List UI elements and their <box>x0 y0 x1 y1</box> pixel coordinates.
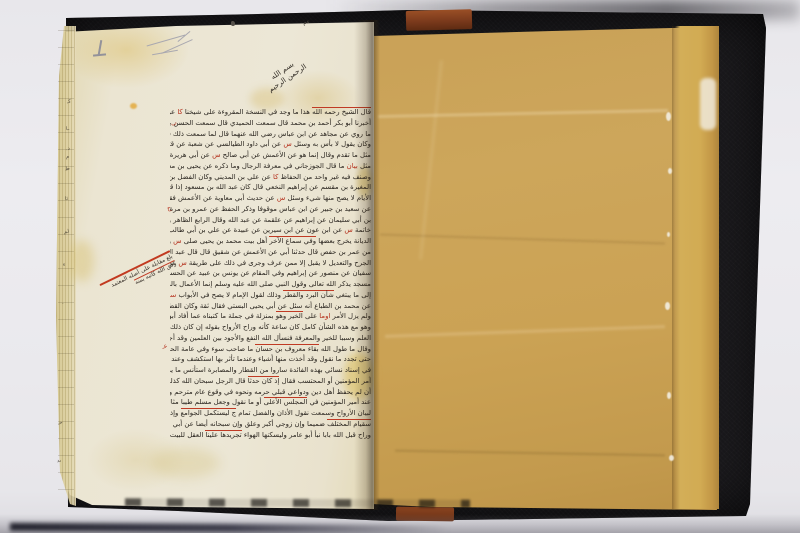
fore-edge-mark: ط <box>65 166 71 173</box>
fore-edge-mark: حـ <box>58 420 64 427</box>
white-spot <box>668 168 672 174</box>
manuscript-line: أخبرنا أبو بكر أحمد بن محمد قال سمعت الح… <box>170 118 371 129</box>
manuscript-line: وهو مع هذه الشأن كامل كان ساعة كأنه وراح… <box>170 322 371 333</box>
bottom-edge-smudges <box>125 498 470 508</box>
pencil-scribble <box>142 32 204 60</box>
manuscript-line: عند أمير المؤمنين في المجلس الأعلى أو ما… <box>170 397 371 408</box>
manuscript-line: وصنف فيه غير واحد من الحفاظ كا عن علي بن… <box>170 172 371 183</box>
manuscript-line: إلى ما يبتغي شأن البرد والقطر وذلك لقول … <box>170 290 371 301</box>
manuscript-line: في إسناد نسائي بهذه الفائدة ساروا من الق… <box>170 365 371 376</box>
manuscript-line: سفيان عن منصور عن إبراهيم وفي المقام عن … <box>170 268 371 279</box>
manuscript-line: وقال ما طول الله بقاء معروف بن حسان ما ص… <box>170 344 371 355</box>
white-spot <box>666 112 671 121</box>
manuscript-line: خاتمة س عن ابن عون عن ابن سيرين عن عبيدة… <box>170 225 371 236</box>
manuscript-line: مثل ما تقدم وقال إنما هو عن الأعمش عن أب… <box>170 150 371 161</box>
ink-tick-mark: ءم <box>302 18 310 26</box>
manuscript-line: أن لم يحفظ أهل دين ودواعي قبلي حرمه ونحو… <box>170 387 371 398</box>
manuscript-line: حتى تجدد ما نقول وقد أخذت منها أشياء وعن… <box>170 354 371 365</box>
manuscript-line: آمر المؤمنين أو المحتسب فقال إذ كان حدثا… <box>170 376 371 387</box>
manuscript-line: وراح قبل الله بابا نبأ أبو عامر وليسكنها… <box>170 430 371 441</box>
spine-leather-patch-top <box>406 9 473 31</box>
manuscript-line: عن محمد بن الطباع أنه سئل عن أبي يحيى ال… <box>170 301 371 312</box>
manuscript-line: مسجد يذكر الله تعالى وقول النبي صلى الله… <box>170 279 371 290</box>
manuscript-text-block: قال الشيخ رحمه الله هذا ما وجد في النسخة… <box>170 107 371 441</box>
fore-edge-mark: ثا <box>64 196 68 202</box>
fore-edge-mark: د. <box>66 146 71 152</box>
fore-edge-mark: ء <box>62 262 65 268</box>
manuscript-line: وكان يقول لا بأس به وسئل س عن أبي داود ا… <box>170 139 371 150</box>
fore-edge-mark: لم <box>63 229 69 236</box>
manuscript-line: الديانة يخرج بعضها وفي سماع الآخر أهل بي… <box>170 236 371 247</box>
photo-of-open-manuscript: قال الشيخ رحمه الله هذا ما وجد في النسخة… <box>0 0 800 533</box>
white-paper-patch <box>700 78 716 130</box>
manuscript-line: ولم يزل الأمر اوما على الخير وهو بمنزلة … <box>170 311 371 322</box>
ink-dot <box>231 21 235 26</box>
white-spot <box>667 392 671 399</box>
manuscript-line: الأيام لا يصح منها شيء وسئل س عن حديث أب… <box>170 193 371 204</box>
manuscript-line: المغيرة بن مقسم عن إبراهيم النخعي قال كا… <box>170 182 371 193</box>
pencil-folio-mark <box>92 40 108 60</box>
manuscript-line: عن سعيد بن جبير عن ابن عباس موقوفا وذكر … <box>170 204 371 215</box>
manuscript-line: قال الشيخ رحمه الله هذا ما وجد في النسخة… <box>170 107 371 118</box>
white-spot <box>665 302 670 310</box>
manuscript-line: ما روي عن مجاهد عن ابن عباس رضي الله عنه… <box>170 129 371 140</box>
white-spot <box>669 455 674 461</box>
white-spot <box>667 232 670 237</box>
manuscript-line: الجرح والتعديل لا يقبل إلا ممن عرف وجرى … <box>170 258 371 269</box>
manuscript-line: لبيان الأرواح وسمعت نقول الأذان والفضل ت… <box>170 408 371 419</box>
fore-edge-mark: . <box>61 300 63 306</box>
manuscript-line: سقيام المختلف ضميما وإن زوجي أكبر وعلق و… <box>170 419 371 430</box>
manuscript-line: العلم وسببا للخير والمعرفة فنسأل الله ال… <box>170 333 371 344</box>
fore-edge-mark: ىد <box>57 458 62 465</box>
right-interleaf-page <box>372 24 719 510</box>
manuscript-line: من عمر بن حفص قال حدثنا أبي عن الأعمش عن… <box>170 247 371 258</box>
manuscript-line: بن أبي سليمان عن إبراهيم عن علقمة عن عبد… <box>170 215 371 226</box>
manuscript-line: مثل بيان ما قال الجوزجاني في معرفة الرجا… <box>170 161 371 172</box>
fore-edge-mark: م <box>65 154 69 160</box>
